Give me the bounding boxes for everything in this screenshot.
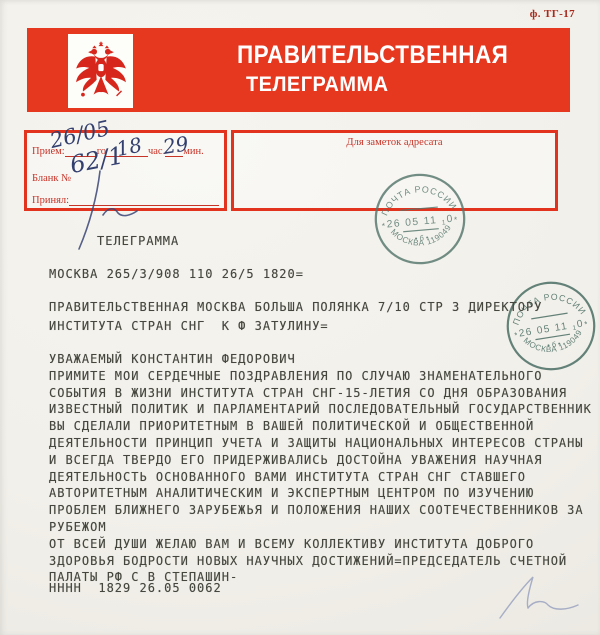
text-line: ПРОБЛЕМ БЛИЖНЕГО ЗАРУБЕЖЬЯ И ПОЛОЖЕНИЯ Н…: [49, 502, 592, 519]
text-line: ЗДОРОВЬЯ БОДРОСТИ НОВЫХ НАУЧНЫХ ДОСТИЖЕН…: [49, 553, 592, 570]
telegram-body-block: УВАЖАЕМЫЙ КОНСТАНТИН ФЕДОРОВИЧПРИМИТЕ МО…: [49, 351, 592, 586]
postal-stamp: ПОЧТА РОССИИ * * 26 05 11 10 • б • МОСКВ…: [369, 168, 471, 270]
text-line: ПРИМИТЕ МОИ СЕРДЕЧНЫЕ ПОЗДРАВЛЕНИЯ ПО СЛ…: [49, 368, 592, 385]
stamp-star-right: *: [454, 214, 459, 224]
text-line: ПРАВИТЕЛЬСТВЕННАЯ МОСКВА БОЛЬША ПОЛЯНКА …: [49, 298, 542, 317]
telegram-scan-page: { "colors": { "accent_red": "#e6371f", "…: [0, 0, 600, 635]
text-line: АВТОРИТЕТНЫМ АНАЛИТИЧЕСКИМ И ЭКСПЕРТНЫМ …: [49, 485, 592, 502]
text-line: ВЫ СДЕЛАЛИ ПРИОРИТЕТНЫМ В ВАШЕЙ ПОЛИТИЧЕ…: [49, 418, 592, 435]
accepted-label: Принял:: [32, 195, 69, 206]
fill-line: [69, 195, 219, 206]
text-line: СОБЫТИЯ В ЖИЗНИ ИНСТИТУТА СТРАН СНГ-15-Л…: [49, 385, 592, 402]
blank-label: Бланк №: [32, 173, 71, 184]
emblem-box: [68, 34, 133, 108]
telegram-heading: ТЕЛЕГРАММА: [97, 234, 179, 248]
header-banner: ПРАВИТЕЛЬСТВЕННАЯ ТЕЛЕГРАММА: [27, 28, 570, 112]
banner-title-line1: ПРАВИТЕЛЬСТВЕННАЯ: [237, 41, 508, 70]
text-line: ИНСТИТУТА СТРАН СНГ К Ф ЗАТУЛИНУ=: [49, 317, 542, 336]
reception-row-blank: Бланк №: [32, 173, 219, 184]
text-line: И ВСЕГДА ТВЕРДО ЕГО ПРИДЕРЖИВАЛИСЬ ДОСТО…: [49, 452, 592, 469]
double-headed-eagle-icon: [73, 38, 129, 104]
reception-box: Прием: го час. мин. Бланк № Принял: 26/0…: [24, 130, 227, 211]
form-code: ф. ТГ-17: [530, 8, 575, 20]
text-line: УВАЖАЕМЫЙ КОНСТАНТИН ФЕДОРОВИЧ: [49, 351, 592, 368]
text-line: ДЕЯТЕЛЬНОСТИ ПРИНЦИП УЧЕТА И ЗАЩИТЫ НАЦИ…: [49, 435, 592, 452]
telegram-routing-line: МОСКВА 265/3/908 110 26/5 1820=: [49, 267, 304, 281]
handwritten-minute: 29: [161, 131, 190, 159]
banner-title-line2: ТЕЛЕГРАММА: [246, 73, 388, 97]
text-line: ОТ ВСЕЙ ДУШИ ЖЕЛАЮ ВАМ И ВСЕМУ КОЛЛЕКТИВ…: [49, 536, 592, 553]
telegram-address-block: ПРАВИТЕЛЬСТВЕННАЯ МОСКВА БОЛЬША ПОЛЯНКА …: [49, 298, 542, 336]
notes-label: Для заметок адресата: [234, 137, 555, 148]
text-line: ДЕЯТЕЛЬНОСТЬ ОСНОВАННОГО ВАМИ ИНСТИТУТА …: [49, 469, 592, 486]
telegram-service-line: НННН 1829 26.05 0062: [49, 581, 222, 595]
text-line: РУБЕЖОМ: [49, 519, 592, 536]
reception-row-accepted: Принял:: [32, 195, 219, 206]
text-line: ИЗВЕСТНЫЙ ПОЛИТИК И ПАРЛАМЕНТАРИЙ ПОСЛЕД…: [49, 401, 592, 418]
